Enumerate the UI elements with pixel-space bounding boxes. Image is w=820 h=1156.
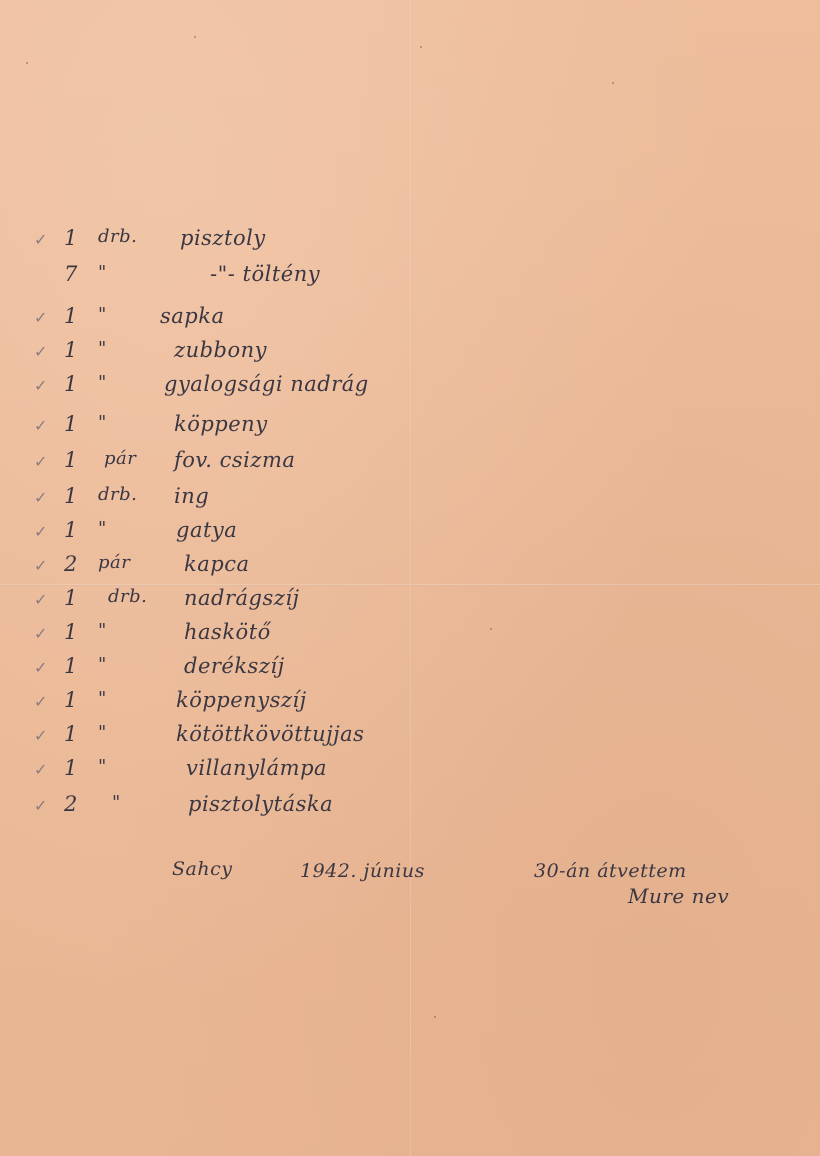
check-mark: ✓	[34, 556, 48, 575]
item-quantity: 7	[64, 262, 78, 286]
list-item: ✓ 1 " haskötő	[0, 620, 460, 654]
item-name: villanylámpa	[186, 756, 327, 780]
list-item: ✓ 1 drb. nadrágszíj	[0, 586, 460, 620]
item-quantity: 1	[64, 518, 78, 542]
date-text: 1942. június	[300, 860, 425, 882]
item-name: köppeny	[174, 412, 268, 436]
check-mark: ✓	[34, 308, 48, 327]
check-mark: ✓	[34, 342, 48, 361]
item-unit: drb.	[108, 586, 147, 607]
item-name: pisztolytáska	[188, 792, 333, 816]
item-unit: "	[112, 792, 121, 813]
item-quantity: 1	[64, 620, 78, 644]
list-item: ✓ 1 " zubbony	[0, 338, 460, 372]
check-mark: ✓	[34, 726, 48, 745]
list-item: ✓ 2 " pisztolytáska	[0, 792, 460, 826]
signature: Mure nev	[628, 884, 729, 908]
item-unit: "	[98, 688, 107, 709]
item-quantity: 1	[64, 448, 78, 472]
item-quantity: 2	[64, 792, 78, 816]
list-item: ✓ 1 " gyalogsági nadrág	[0, 372, 460, 406]
check-mark: ✓	[34, 452, 48, 471]
item-quantity: 1	[64, 654, 78, 678]
list-item: ✓ 1 " gatya	[0, 518, 460, 552]
list-item: ✓ 1 " villanylámpa	[0, 756, 460, 790]
check-mark: ✓	[34, 796, 48, 815]
item-name: kapca	[184, 552, 249, 576]
check-mark: ✓	[34, 230, 48, 249]
item-unit: "	[98, 722, 107, 743]
check-mark: ✓	[34, 692, 48, 711]
paper-speck	[194, 36, 196, 38]
item-unit: "	[98, 756, 107, 777]
item-quantity: 1	[64, 688, 78, 712]
item-unit: drb.	[98, 484, 137, 505]
item-name: sapka	[160, 304, 225, 328]
list-item: ✓ 1 drb. ing	[0, 484, 460, 518]
list-item: ✓ 1 " köppeny	[0, 412, 460, 446]
item-name: pisztoly	[180, 226, 266, 250]
item-name: haskötő	[184, 620, 271, 644]
item-quantity: 1	[64, 722, 78, 746]
check-mark: ✓	[34, 624, 48, 643]
item-quantity: 1	[64, 338, 78, 362]
item-unit: "	[98, 620, 107, 641]
item-unit: "	[98, 262, 107, 283]
item-quantity: 1	[64, 484, 78, 508]
check-mark: ✓	[34, 488, 48, 507]
item-unit: "	[98, 338, 107, 359]
check-mark: ✓	[34, 760, 48, 779]
item-unit: pár	[104, 448, 136, 469]
item-name: gatya	[176, 518, 237, 542]
item-unit: "	[98, 654, 107, 675]
item-quantity: 1	[64, 226, 78, 250]
item-unit: "	[98, 304, 107, 325]
item-name: köppenyszíj	[176, 688, 307, 712]
item-quantity: 1	[64, 756, 78, 780]
check-mark: ✓	[34, 522, 48, 541]
item-name: -"- töltény	[210, 262, 320, 286]
list-item: ✓ 1 " derékszíj	[0, 654, 460, 688]
item-quantity: 2	[64, 552, 78, 576]
received-statement: 30-án átvettem	[534, 860, 687, 882]
item-unit: drb.	[98, 226, 137, 247]
check-mark: ✓	[34, 416, 48, 435]
item-name: kötöttkövöttujjas	[176, 722, 364, 746]
list-item: ✓ 1 pár fov. csizma	[0, 448, 460, 482]
list-item: ✓ 1 " sapka	[0, 304, 460, 338]
paper-speck	[490, 628, 492, 630]
list-item: ✓ 1 " köppenyszíj	[0, 688, 460, 722]
check-mark: ✓	[34, 376, 48, 395]
item-name: derékszíj	[184, 654, 285, 678]
item-unit: "	[98, 412, 107, 433]
paper-speck	[434, 1016, 436, 1018]
paper-speck	[420, 46, 422, 48]
item-quantity: 1	[64, 586, 78, 610]
item-name: zubbony	[174, 338, 267, 362]
list-item: ✓ 1 drb. pisztoly	[0, 226, 460, 260]
list-item: ✓ 2 pár kapca	[0, 552, 460, 586]
list-item: 7 " -"- töltény	[0, 262, 460, 296]
item-name: ing	[174, 484, 209, 508]
item-quantity: 1	[64, 304, 78, 328]
list-item: ✓ 1 " kötöttkövöttujjas	[0, 722, 460, 756]
paper-speck	[612, 82, 614, 84]
check-mark: ✓	[34, 658, 48, 677]
item-unit: pár	[98, 552, 130, 573]
paper-speck	[26, 62, 28, 64]
item-name: fov. csizma	[174, 448, 295, 472]
item-quantity: 1	[64, 412, 78, 436]
item-unit: "	[98, 518, 107, 539]
item-quantity: 1	[64, 372, 78, 396]
item-unit: "	[98, 372, 107, 393]
item-name: nadrágszíj	[184, 586, 300, 610]
check-mark: ✓	[34, 590, 48, 609]
place-name: Sahcy	[172, 858, 232, 880]
item-name: gyalogsági nadrág	[164, 372, 369, 396]
